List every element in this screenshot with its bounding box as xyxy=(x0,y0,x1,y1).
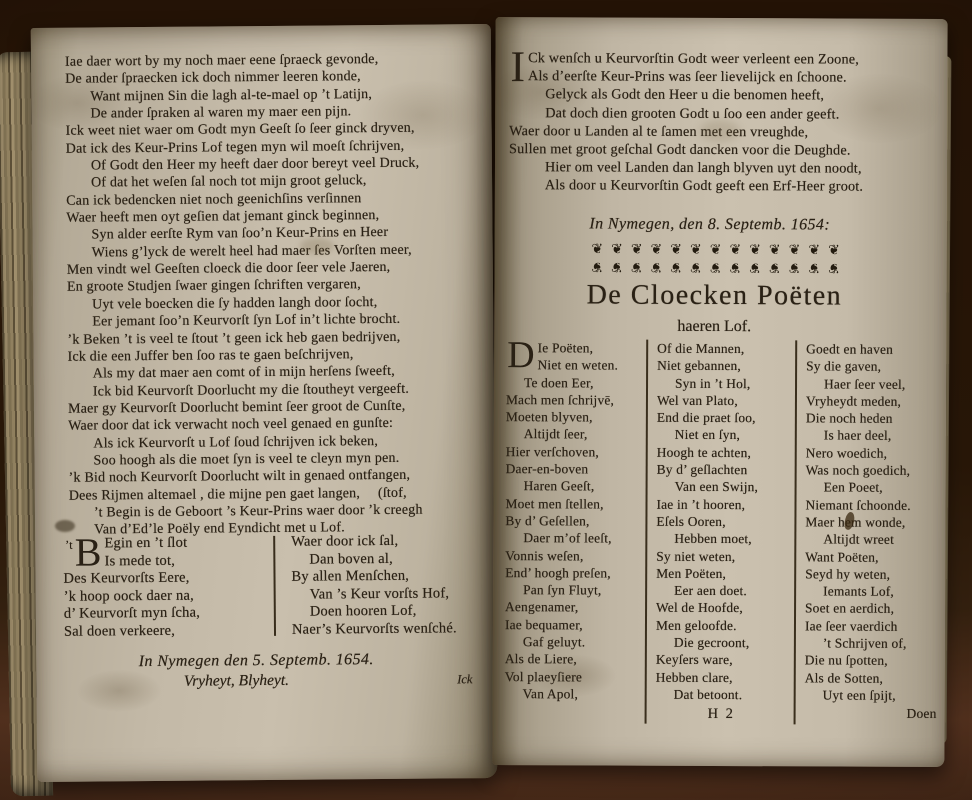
column-line: Nero woedich, xyxy=(806,444,942,462)
verse-left-column: ’t B Egin en ’t ſlot Is mede tot, Des Ke… xyxy=(63,534,270,641)
column-line: Niet en ſyn, xyxy=(657,426,795,444)
verse-line: Is mede tot, xyxy=(105,552,188,570)
left-poem: Iae daer wort by my noch maer eene ſprae… xyxy=(65,51,423,540)
column-line: Altijdt wreet xyxy=(805,531,941,549)
column-line: Een Poeet, xyxy=(806,479,942,497)
column-line: End die praet ſoo, xyxy=(657,409,795,427)
column-line: Maer hem wonde, xyxy=(805,513,941,531)
motto: Vryheyt, Blyheyt. xyxy=(36,671,436,692)
column-line: End’ hoogh preſen, xyxy=(505,564,645,582)
column-line: Haer ſeer veel, xyxy=(806,375,942,393)
verse-line: Naer’s Keurvorſts wenſché. xyxy=(292,620,457,639)
verse-line: Van ’s Keur vorſts Hof, xyxy=(292,585,457,604)
book-photograph: { "photo": { "background_color": "#28170… xyxy=(0,0,972,800)
verse-line: Dan boven al, xyxy=(291,550,456,569)
left-page: Iae daer wort by my noch maer eene ſprae… xyxy=(31,24,498,782)
fleuron-row: ❦❦❦❦❦❦❦❦❦❦❦❦❦ xyxy=(505,243,935,259)
column-line: Of die Mannen, xyxy=(657,340,795,358)
poem-line: Gelyck als Godt den Heer u die benomen h… xyxy=(509,85,863,105)
column-line: Iae bequamer, xyxy=(505,616,645,634)
column-line: Eſels Ooren, xyxy=(656,513,794,531)
column-line: Vol plaeyſiere xyxy=(505,668,645,686)
column-line: Hebben moet, xyxy=(656,530,794,548)
column-line: Uyt een ſpijt, xyxy=(805,686,941,704)
column-line: Want Poëten, xyxy=(805,548,941,566)
dropcap-prefix: ’t xyxy=(63,536,74,555)
column-line: Keyſers ware, xyxy=(656,651,794,669)
poem-line: Dat doch dien grooten Godt u ſoo een and… xyxy=(509,104,863,124)
poem-line: Hier om veel Landen dan langh blyven uyt… xyxy=(509,158,863,178)
column-line: Vryheydt meden, xyxy=(806,392,942,410)
column-line: Hebben clare, xyxy=(656,668,794,686)
closing-verse: ’t B Egin en ’t ſlot Is mede tot, Des Ke… xyxy=(63,532,476,641)
column-line: Hoogh te achten, xyxy=(657,444,795,462)
column-line: Die nu ſpotten, xyxy=(805,652,941,670)
column-line: Moeten blyven, xyxy=(506,408,646,426)
section-title: De Cloecken Poëten xyxy=(494,279,934,313)
poem-line: Waer door u Landen al te ſamen met een v… xyxy=(509,122,863,142)
dropcap-I: I xyxy=(509,49,528,83)
column-line: Was noch goedich, xyxy=(806,461,942,479)
column-line: Die noch heden xyxy=(806,410,942,428)
column-line: Die gecroont, xyxy=(656,634,794,652)
poem-line: Iae daer wort by my noch maer eene ſprae… xyxy=(65,51,419,71)
column-3: Goedt en havenSy die gaven,Haer ſeer vee… xyxy=(794,340,943,724)
right-page: I Ck wenſch u Keurvorſtin Godt weer verl… xyxy=(492,17,947,767)
column-line: Is haer deel, xyxy=(806,427,942,445)
column-line: Niet gebannen, xyxy=(657,357,795,375)
column-line: Mach men ſchrijvē, xyxy=(506,391,646,409)
poem-line: Of Godt den Heer my heeft daer door bere… xyxy=(66,155,420,175)
column-line: Men Poëten, xyxy=(656,565,794,583)
poem-line: Sullen met groot geſchal Godt dancken vo… xyxy=(509,140,863,160)
catchword-left: Ick xyxy=(457,672,472,687)
verse-line: Waer door ick ſal, xyxy=(291,532,456,551)
verse-line: Des Keurvorſts Eere, xyxy=(63,569,269,588)
verse-right-column: Waer door ick ſal,Dan boven al,By allen … xyxy=(283,532,457,639)
column-line: Sy niet weten, xyxy=(656,547,794,565)
column-line: Sy die gaven, xyxy=(806,358,942,376)
ornament-band: ❦❦❦❦❦❦❦❦❦❦❦❦❦ ❦❦❦❦❦❦❦❦❦❦❦❦❦ xyxy=(505,243,935,274)
dropcap-lines: Egin en ’t ſlot Is mede tot, xyxy=(104,535,187,571)
catchword-right: Doen xyxy=(805,705,941,723)
dropcap-block: I Ck wenſch u Keurvorſtin Godt weer verl… xyxy=(509,49,863,87)
dropcap-block: D Ie Poëten, Niet en weten. xyxy=(506,339,646,374)
column-3-lines: Goedt en havenSy die gaven,Haer ſeer vee… xyxy=(805,340,943,704)
column-line: Iae in ’t hooren, xyxy=(656,495,794,513)
column-line: Wel van Plato, xyxy=(657,392,795,410)
column-line: Iemants Lof, xyxy=(805,583,941,601)
dropcap-lines: Ck wenſch u Keurvorſtin Godt weer verlee… xyxy=(528,49,859,87)
column-line: Syn in ’t Hol, xyxy=(657,374,795,392)
column-line: Dat betoont. xyxy=(656,686,794,704)
right-poem-rest: Gelyck als Godt den Heer u die benomen h… xyxy=(509,85,864,196)
dropcap-D: D xyxy=(506,339,538,369)
column-1-lines: Te doen Eer,Mach men ſchrijvē,Moeten bly… xyxy=(505,374,646,703)
verse-line: ’k hoop oock daer na, xyxy=(64,587,270,606)
column-line: Pan ſyn Fluyt, xyxy=(505,581,645,599)
verse-left-rest: Des Keurvorſts Eere,’k hoop oock daer na… xyxy=(63,569,270,641)
dropcap-B: B xyxy=(74,535,105,567)
right-poem: I Ck wenſch u Keurvorſtin Godt weer verl… xyxy=(509,49,864,196)
verse-line: Sal doen verkeere, xyxy=(64,622,270,641)
column-line: Iae ſeer vaerdich xyxy=(805,617,941,635)
column-line: Men geloofde. xyxy=(656,616,794,634)
verse-line: d’ Keurvorſt myn ſcha, xyxy=(64,604,270,623)
column-line: Wel de Hoofde, xyxy=(656,599,794,617)
column-line: By d’ geſlachten xyxy=(657,461,795,479)
column-line: ’t Schrijven of, xyxy=(805,634,941,652)
column-2-lines: Of die Mannen,Niet gebannen,Syn in ’t Ho… xyxy=(656,340,796,704)
column-line: Ie Poëten, xyxy=(538,339,619,357)
column-line: Altijdt ſeer, xyxy=(506,426,646,444)
verse-divider-rule xyxy=(273,536,276,636)
column-line: Goedt en haven xyxy=(806,340,942,358)
column-line: Soet en aerdich, xyxy=(805,600,941,618)
poem-line: Ck wenſch u Keurvorſtin Godt weer verlee… xyxy=(528,49,859,69)
poem-line: Want mijnen Sin die lagh al-te-mael op ’… xyxy=(65,85,419,105)
column-line: By d’ Geſellen, xyxy=(505,512,645,530)
column-line: Eer aen doet. xyxy=(656,582,794,600)
poem-line: Als door u Keurvorſtin Godt geeft een Er… xyxy=(509,176,863,196)
poem-line: ’k Beken ’t is veel te ſtout ’t geen ick… xyxy=(67,328,421,348)
column-line: Aengenamer, xyxy=(505,599,645,617)
dropcap-lines: Ie Poëten, Niet en weten. xyxy=(538,339,619,374)
dropcap-block: ’t B Egin en ’t ſlot Is mede tot, xyxy=(63,534,269,571)
column-line: Als de Sotten, xyxy=(805,669,941,687)
poem-line: ’t Begin is de Geboort ’s Keur-Prins wae… xyxy=(69,502,423,522)
column-line: Gaf geluyt. xyxy=(505,633,645,651)
verse-line: Egin en ’t ſlot xyxy=(104,535,187,553)
column-line: Van een Swijn, xyxy=(657,478,795,496)
column-line: Moet men ſtellen, xyxy=(505,495,645,513)
column-line: Hier verſchoven, xyxy=(506,443,646,461)
column-line: Niemant ſchoonde. xyxy=(805,496,941,514)
left-dateline: In Nymegen den 5. Septemb. 1654. xyxy=(36,650,476,672)
column-line: Niet en weten. xyxy=(538,357,619,375)
verse-line: Doen hooren Lof, xyxy=(292,603,457,622)
fleuron-row: ❦❦❦❦❦❦❦❦❦❦❦❦❦ xyxy=(505,258,935,274)
column-line: Seyd hy weten, xyxy=(805,565,941,583)
column-2: Of die Mannen,Niet gebannen,Syn in ’t Ho… xyxy=(645,340,796,724)
right-dateline: In Nymegen, den 8. Septemb. 1654: xyxy=(495,215,925,235)
column-line: Daer-en-boven xyxy=(506,460,646,478)
verse-columns: D Ie Poëten, Niet en weten. Te doen Eer,… xyxy=(505,339,943,724)
column-line: Vonnis weſen, xyxy=(505,547,645,565)
column-line: Daer m’of leeſt, xyxy=(505,529,645,547)
section-subtitle: haeren Lof. xyxy=(494,317,934,337)
column-line: Van Apol, xyxy=(505,685,645,703)
column-line: Te doen Eer, xyxy=(506,374,646,392)
signature-mark: H 2 xyxy=(656,706,794,724)
verse-line: By allen Menſchen, xyxy=(291,568,456,587)
column-line: Als de Liere, xyxy=(505,650,645,668)
column-1: D Ie Poëten, Niet en weten. Te doen Eer,… xyxy=(505,339,647,723)
poem-line: Als d’eerſte Keur-Prins was ſeer lieveli… xyxy=(528,67,859,87)
column-line: Haren Geeſt, xyxy=(506,477,646,495)
